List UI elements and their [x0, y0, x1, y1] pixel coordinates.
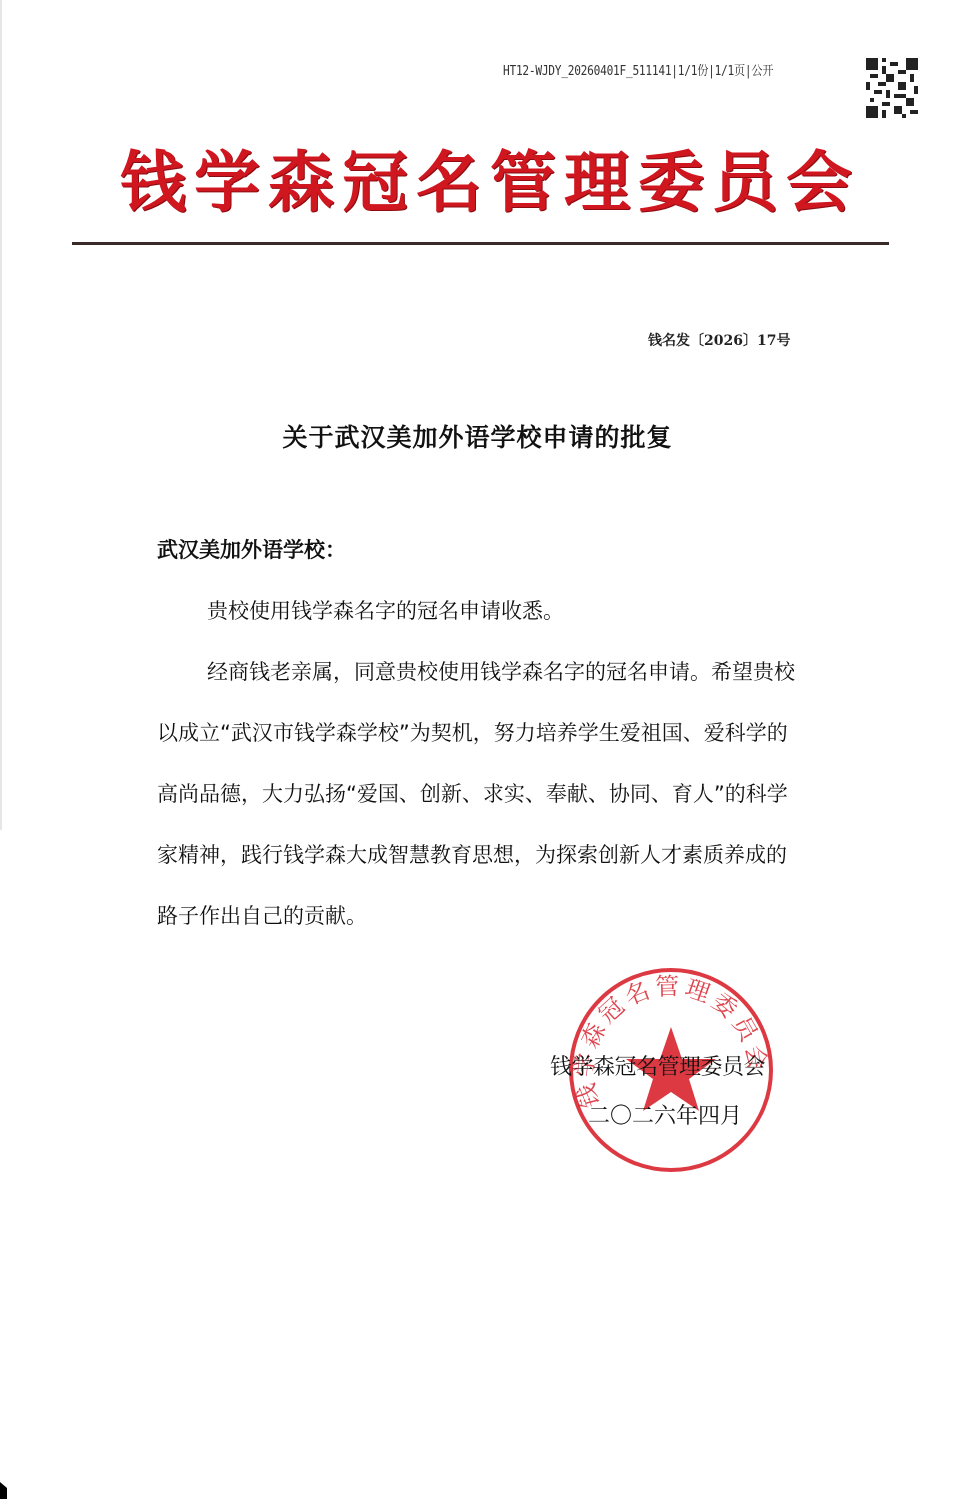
scan-artifact-mark: [0, 1482, 7, 1499]
signing-organization: 钱学森冠名管理委员会: [550, 1050, 765, 1081]
document-body: 武汉美加外语学校： 贵校使用钱学森名字的冠名申请收悉。 经商钱老亲属，同意贵校使…: [157, 520, 807, 947]
letterhead-divider: [72, 242, 889, 245]
scan-edge-shadow: [0, 0, 2, 830]
body-paragraph: 贵校使用钱学森名字的冠名申请收悉。: [157, 581, 807, 642]
signing-date: 二〇二六年四月: [588, 1099, 742, 1130]
body-paragraph: 经商钱老亲属，同意贵校使用钱学森名字的冠名申请。希望贵校以成立“武汉市钱学森学校…: [157, 642, 807, 947]
salutation: 武汉美加外语学校：: [157, 520, 807, 581]
document-number: 钱名发〔2026〕17号: [648, 330, 790, 350]
document-title: 关于武汉美加外语学校申请的批复: [0, 418, 955, 454]
document-page: HT12-WJDY_20260401F_511141|1/1份|1/1页|公开 …: [0, 0, 955, 1499]
qr-code-icon: [866, 58, 918, 118]
document-tracking-id: HT12-WJDY_20260401F_511141|1/1份|1/1页|公开: [503, 60, 773, 79]
letterhead-title: 钱学森冠名管理委员会: [120, 132, 840, 232]
